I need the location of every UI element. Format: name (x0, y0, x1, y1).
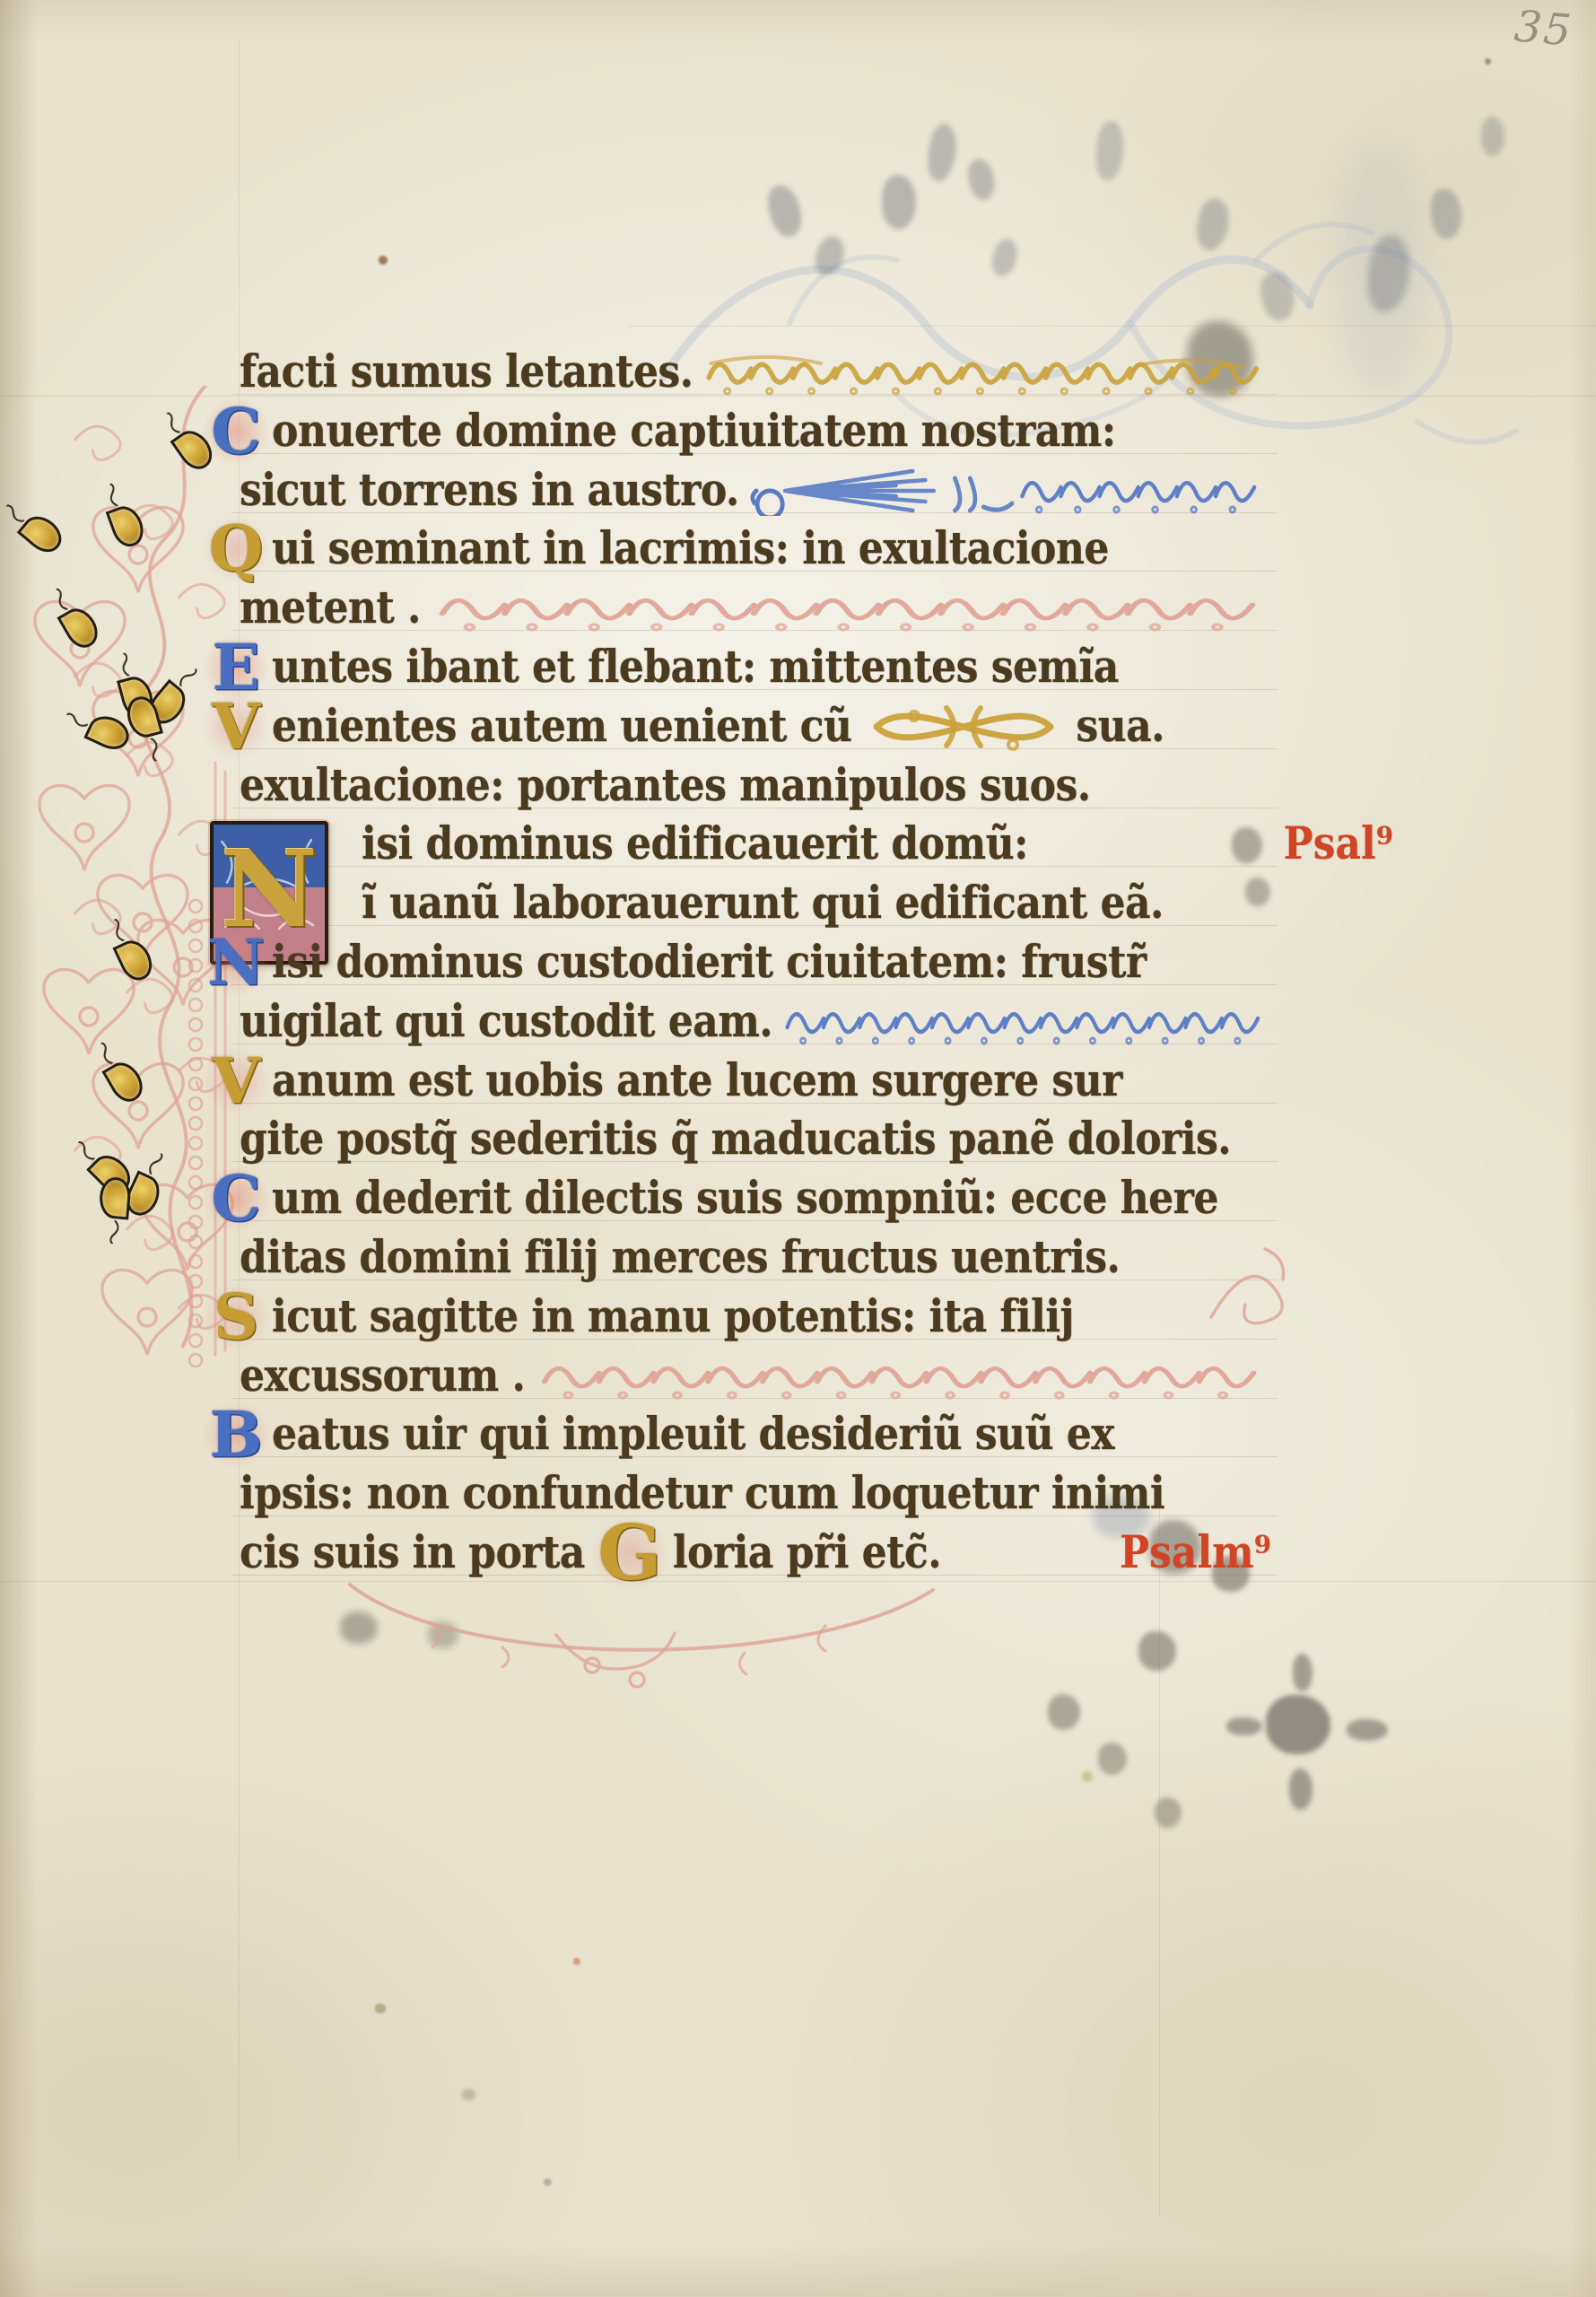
text-line: Euntes ibant et flebant: mittentes semĩa (240, 639, 1271, 696)
illuminated-initial: V (202, 693, 270, 761)
penwork-curl-svg (1202, 1236, 1301, 1335)
folio-number: 35 (1513, 1, 1575, 56)
tail-flourish-svg (323, 1572, 969, 1707)
line-text: onuerte domine captiuitatem nostram: (272, 406, 1116, 457)
pink-band-line-filler (530, 1351, 1266, 1402)
line-text: facti sumus letantes. (240, 346, 693, 397)
line-text: ui seminant in lacrimis: in exultacione (272, 523, 1109, 574)
illuminated-initial: Q (202, 515, 270, 583)
text-block: facti sumus letantes.Conuerte domine cap… (0, 0, 1596, 2297)
text-line: ditas domini filij merces fructus uentri… (240, 1229, 1271, 1287)
text-line: Sicut sagitte in manu potentis: ita fili… (240, 1288, 1271, 1346)
gold-band-line-filler (698, 347, 1266, 397)
illuminated-initial: N (202, 929, 270, 997)
illuminated-initial: B (202, 1401, 270, 1469)
line-text: sua. (1076, 701, 1164, 752)
line-text: metent . (240, 582, 421, 633)
line-text: uigilat qui custodit eam. (240, 996, 772, 1047)
line-text: eatus uir qui impleuit desideriũ suũ ex (272, 1409, 1114, 1460)
illuminated-initial: V (202, 1047, 270, 1115)
blue-burst-line-filler (745, 466, 1266, 516)
line-text: isi dominus custodierit ciuitatem: frust… (272, 937, 1147, 988)
line-text: icut sagitte in manu potentis: ita filij (272, 1291, 1074, 1342)
text-line: sicut torrens in austro. (240, 462, 1271, 520)
line-text: um dederit dilectis suis sompniũ: ecce h… (272, 1173, 1218, 1224)
pink-band-line-filler (426, 583, 1266, 633)
text-line: Beatus uir qui impleuit desideriũ suũ ex (240, 1406, 1271, 1463)
rubric-label: Psalm⁹ (1120, 1527, 1271, 1578)
illuminated-initial: S (202, 1283, 270, 1351)
line-text: sicut torrens in austro. (240, 465, 739, 516)
line-text: ipsis: non confundetur cum loquetur inim… (240, 1468, 1164, 1519)
illuminated-initial: C (202, 397, 270, 466)
rubric-label: Psal⁹ (1284, 818, 1393, 869)
line-text: untes ibant et flebant: mittentes semĩa (272, 642, 1119, 693)
text-line: uigilat qui custodit eam. (240, 993, 1271, 1051)
text-line: facti sumus letantes. (240, 344, 1271, 401)
line-text: anum est uobis ante lucem surgere sur (272, 1055, 1122, 1106)
line-text: loria pr̃i etc̃. (673, 1527, 941, 1578)
illuminated-initial: C (202, 1165, 270, 1233)
line-text: ĩ uanũ laborauerunt qui edificant eã. (362, 878, 1164, 929)
gold-knot-line-filler (860, 701, 1067, 753)
text-line: gite postq̃ sederitis q̃ maducatis panẽ … (240, 1111, 1271, 1168)
line-text: exultacione: portantes manipulos suos. (240, 760, 1091, 811)
text-line: exultacione: portantes manipulos suos. (240, 757, 1271, 815)
penwork-curl-patch (1202, 1236, 1301, 1335)
line-text: ditas domini filij merces fructus uentri… (240, 1232, 1120, 1283)
manuscript-page: facti sumus letantes.Conuerte domine cap… (0, 0, 1596, 2297)
text-line: Venientes autem uenient cũsua. (240, 698, 1271, 755)
text-line: excussorum . (240, 1348, 1271, 1405)
text-line: isi dominus edificauerit domũ:Psal⁹ (240, 816, 1393, 873)
text-line: Conuerte domine captiuitatem nostram: (240, 403, 1271, 460)
line-text: isi dominus edificauerit domũ: (362, 818, 1028, 869)
penwork-tail-flourish (323, 1572, 969, 1707)
text-line: ĩ uanũ laborauerunt qui edificant eã. (240, 875, 1393, 932)
blue-band-line-filler (778, 997, 1266, 1047)
text-line: Nisi dominus custodierit ciuitatem: frus… (240, 934, 1271, 991)
text-line: ipsis: non confundetur cum loquetur inim… (240, 1465, 1271, 1523)
text-line: metent . (240, 580, 1271, 637)
line-text: enientes autem uenient cũ (272, 701, 851, 752)
text-line: Qui seminant in lacrimis: in exultacione (240, 520, 1271, 578)
text-line: Cum dederit dilectis suis sompniũ: ecce … (240, 1170, 1271, 1227)
line-text: cis suis in porta (240, 1527, 585, 1578)
line-text: gite postq̃ sederitis q̃ maducatis panẽ … (240, 1114, 1231, 1165)
text-line: Vanum est uobis ante lucem surgere sur (240, 1052, 1271, 1110)
line-text: excussorum . (240, 1350, 525, 1402)
